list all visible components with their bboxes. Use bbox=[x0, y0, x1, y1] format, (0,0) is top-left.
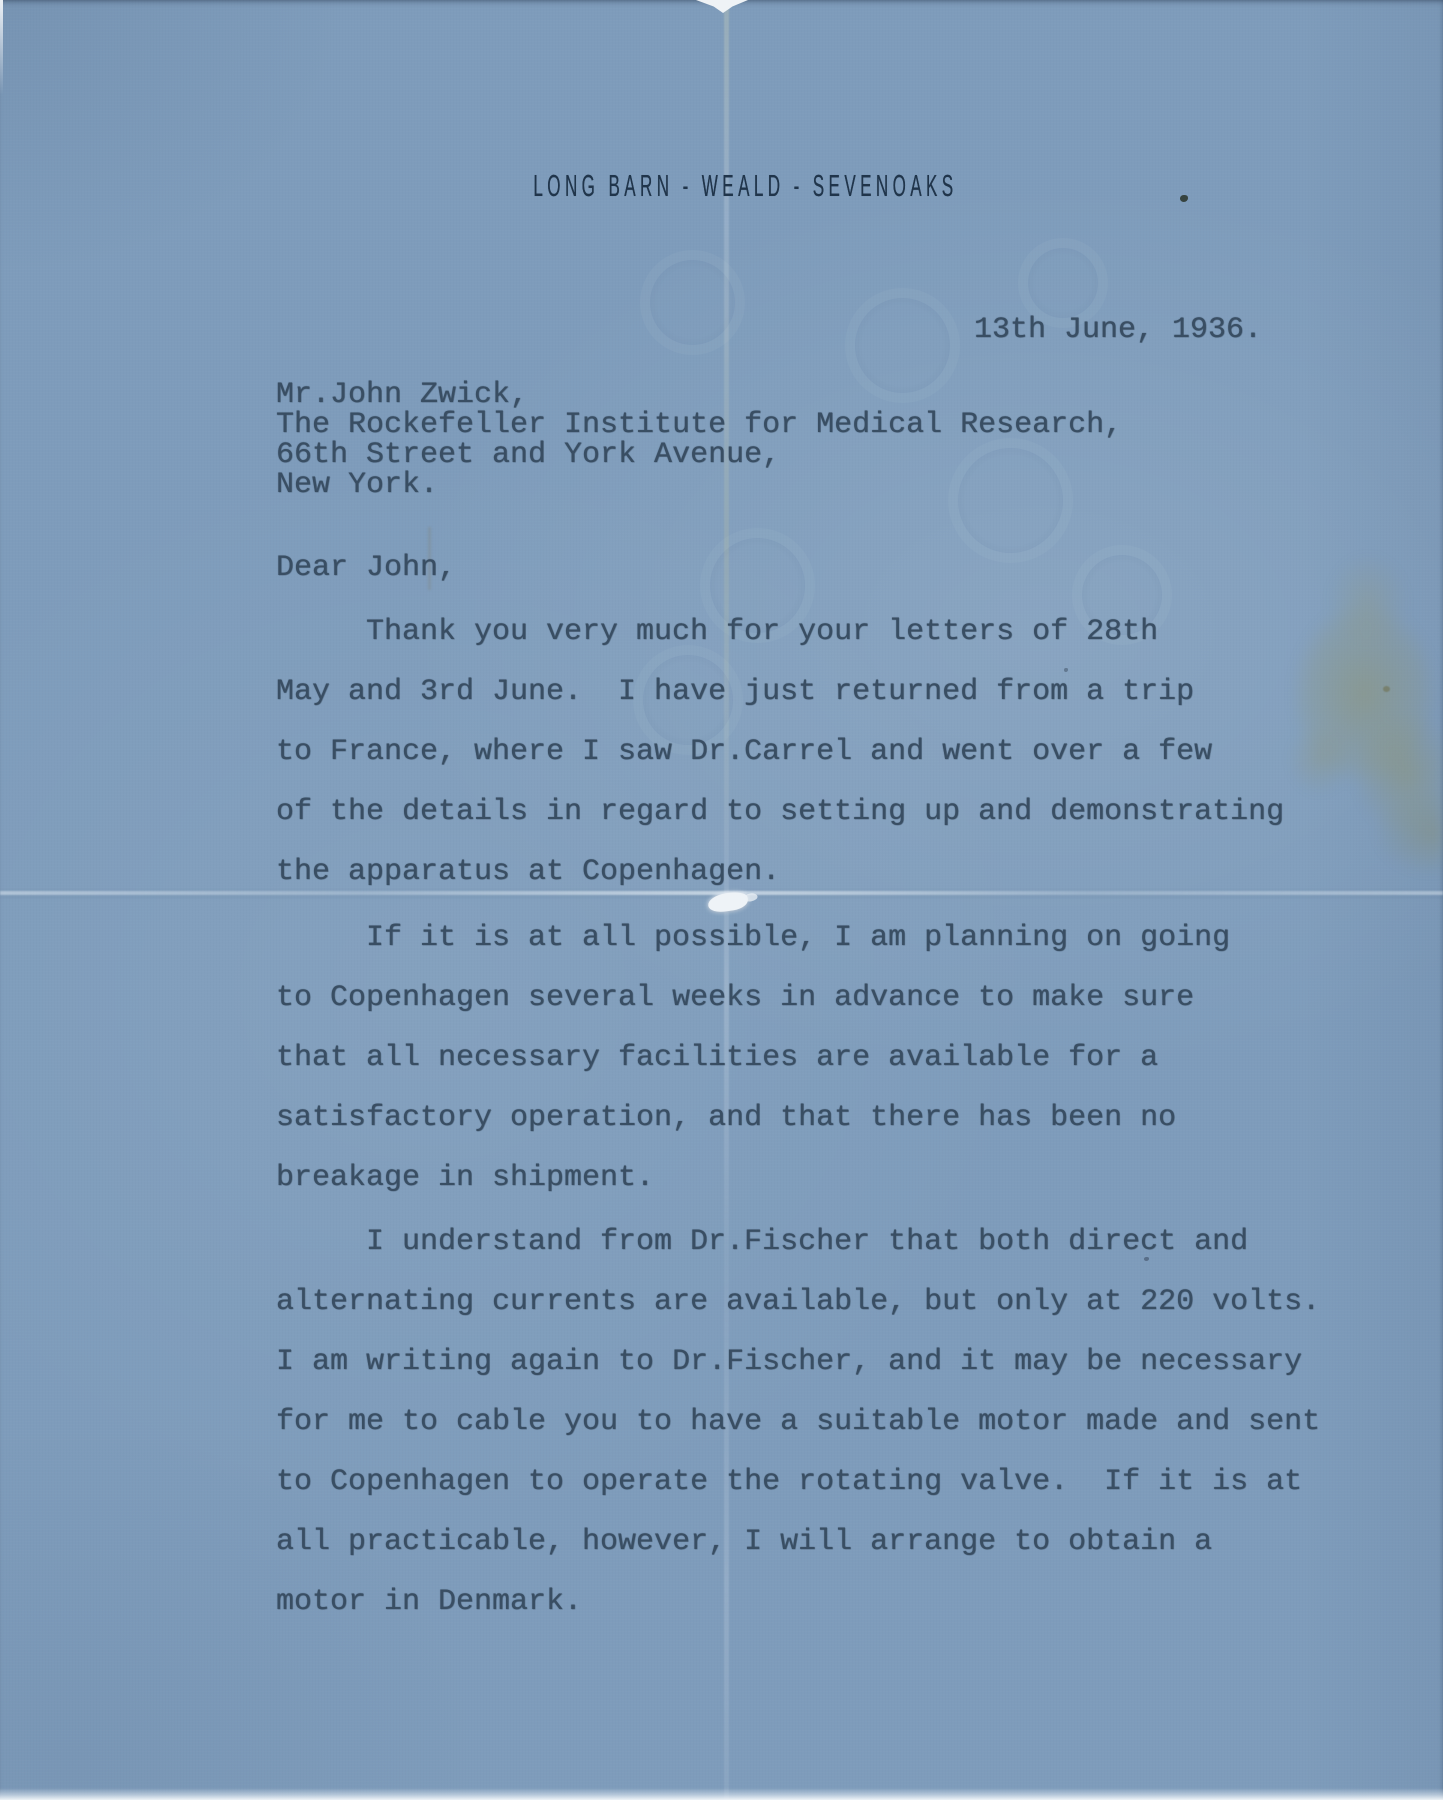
body-line: to France, where I saw Dr.Carrel and wen… bbox=[276, 722, 1284, 782]
body-line: motor in Denmark. bbox=[276, 1572, 1320, 1632]
bottom-edge-strip bbox=[0, 1788, 1443, 1800]
body-line: I understand from Dr.Fischer that both d… bbox=[276, 1212, 1320, 1272]
body-line: Thank you very much for your letters of … bbox=[276, 602, 1284, 662]
recipient-line: Mr.John Zwick, bbox=[276, 380, 1122, 410]
body-line: alternating currents are available, but … bbox=[276, 1272, 1320, 1332]
paragraph: I understand from Dr.Fischer that both d… bbox=[276, 1212, 1320, 1632]
salutation: Dear John, bbox=[276, 553, 456, 583]
recipient-line: The Rockefeller Institute for Medical Re… bbox=[276, 410, 1122, 440]
body-line: satisfactory operation, and that there h… bbox=[276, 1088, 1230, 1148]
body-line: to Copenhagen several weeks in advance t… bbox=[276, 968, 1230, 1028]
body-line: to Copenhagen to operate the rotating va… bbox=[276, 1452, 1320, 1512]
paragraph: Thank you very much for your letters of … bbox=[276, 602, 1284, 902]
stain-fleck bbox=[1383, 686, 1390, 692]
body-line: I am writing again to Dr.Fischer, and it… bbox=[276, 1332, 1320, 1392]
recipient-line: New York. bbox=[276, 470, 1122, 500]
body-line: If it is at all possible, I am planning … bbox=[276, 908, 1230, 968]
body-line: breakage in shipment. bbox=[276, 1148, 1230, 1208]
recipient-block: Mr.John Zwick,The Rockefeller Institute … bbox=[276, 380, 1122, 500]
body-line: that all necessary facilities are availa… bbox=[276, 1028, 1230, 1088]
body-line: May and 3rd June. I have just returned f… bbox=[276, 662, 1284, 722]
left-edge-sliver bbox=[0, 0, 3, 95]
body-line: for me to cable you to have a suitable m… bbox=[276, 1392, 1320, 1452]
paragraph: If it is at all possible, I am planning … bbox=[276, 908, 1230, 1208]
date-line: 13th June, 1936. bbox=[974, 315, 1262, 345]
body-line: all practicable, however, I will arrange… bbox=[276, 1512, 1320, 1572]
body-line: of the details in regard to setting up a… bbox=[276, 782, 1284, 842]
body-line: the apparatus at Copenhagen. bbox=[276, 842, 1284, 902]
letter-page: LONG BARN - WEALD - SEVENOAKS 13th June,… bbox=[0, 0, 1443, 1800]
letterhead: LONG BARN - WEALD - SEVENOAKS bbox=[349, 168, 1143, 204]
top-edge-notch bbox=[696, 0, 748, 13]
ink-speck bbox=[1180, 195, 1188, 202]
watermark-ghost-ring bbox=[640, 250, 745, 355]
recipient-line: 66th Street and York Avenue, bbox=[276, 440, 1122, 470]
